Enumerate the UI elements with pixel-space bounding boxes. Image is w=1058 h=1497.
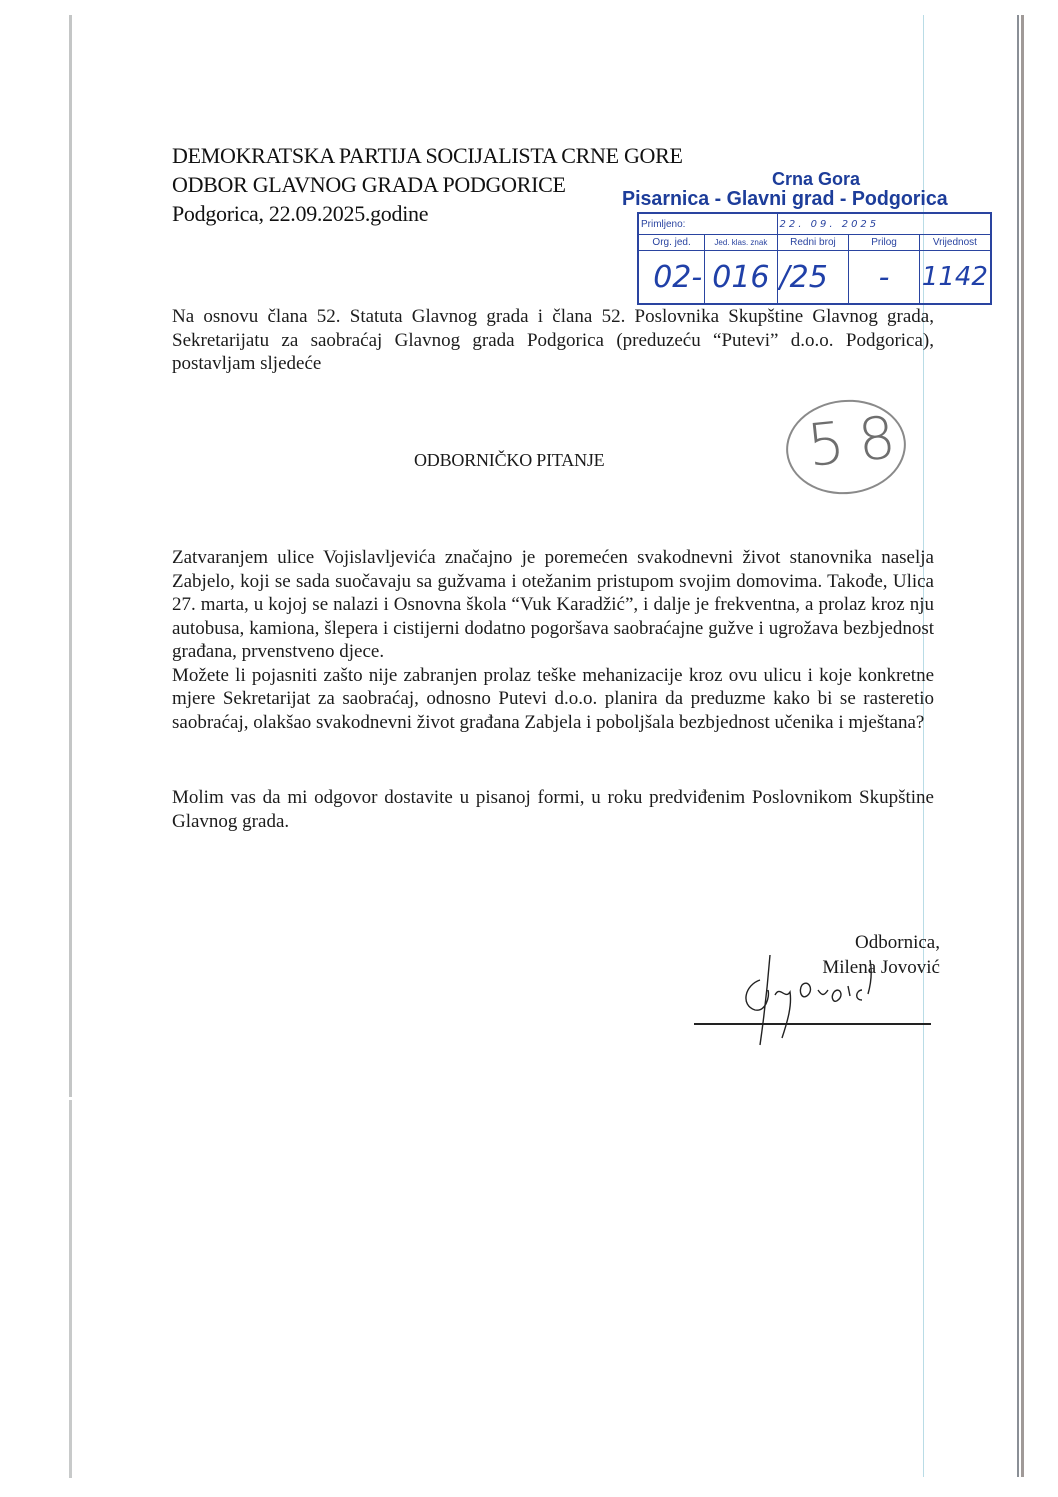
body-paragraph: Zatvaranjem ulice Vojislavljevića značaj… [172, 546, 934, 664]
place-date: Podgorica, 22.09.2025.godine [172, 199, 683, 228]
stamp-val-klas: 016 [705, 251, 777, 305]
stamp-col-org: Org. jed. [638, 235, 705, 251]
scan-edge-left-lower [69, 1100, 72, 1478]
stamp-received-label: Primljeno: [638, 213, 777, 235]
intro-paragraph: Na osnovu člana 52. Statuta Glavnog grad… [172, 305, 934, 376]
stamp-table: Primljeno: 22. 09. 2025 Org. jed. Jed. k… [637, 212, 992, 305]
stamp-col-vrijednost: Vrijednost [919, 235, 991, 251]
stamp-col-redni: Redni broj [777, 235, 849, 251]
scan-edge-right [1017, 15, 1019, 1477]
handwritten-signature-icon [730, 950, 930, 1050]
scan-edge-right-outer [1021, 15, 1024, 1477]
stamp-col-prilog: Prilog [849, 235, 919, 251]
letterhead: DEMOKRATSKA PARTIJA SOCIJALISTA CRNE GOR… [172, 141, 683, 228]
handwritten-number-circle: 58 [781, 394, 910, 500]
scan-edge-left [69, 15, 72, 1097]
org-committee: ODBOR GLAVNOG GRADA PODGORICE [172, 170, 683, 199]
stamp-val-org: 02- [638, 251, 705, 305]
stamp-col-klas: Jed. klas. znak [705, 235, 777, 251]
stamp-val-prilog: - [849, 251, 919, 305]
stamp-received-date: 22. 09. 2025 [777, 213, 991, 235]
closing-paragraph: Molim vas da mi odgovor dostavite u pisa… [172, 786, 934, 833]
body-text: Zatvaranjem ulice Vojislavljevića značaj… [172, 546, 934, 734]
stamp-val-vrijednost: 1142 [919, 251, 991, 305]
question-paragraph: Možete li pojasniti zašto nije zabranjen… [172, 664, 934, 735]
signature-line [694, 1023, 931, 1025]
handwritten-number: 58 [804, 402, 912, 480]
registry-stamp: Crna Gora Pisarnica - Glavni grad - Podg… [620, 170, 992, 210]
stamp-country: Crna Gora [640, 170, 992, 188]
stamp-office: Pisarnica - Glavni grad - Podgorica [622, 188, 985, 210]
org-name: DEMOKRATSKA PARTIJA SOCIJALISTA CRNE GOR… [172, 141, 683, 170]
stamp-val-redni: /25 [777, 251, 849, 305]
document-title: ODBORNIČKO PITANJE [414, 450, 604, 471]
